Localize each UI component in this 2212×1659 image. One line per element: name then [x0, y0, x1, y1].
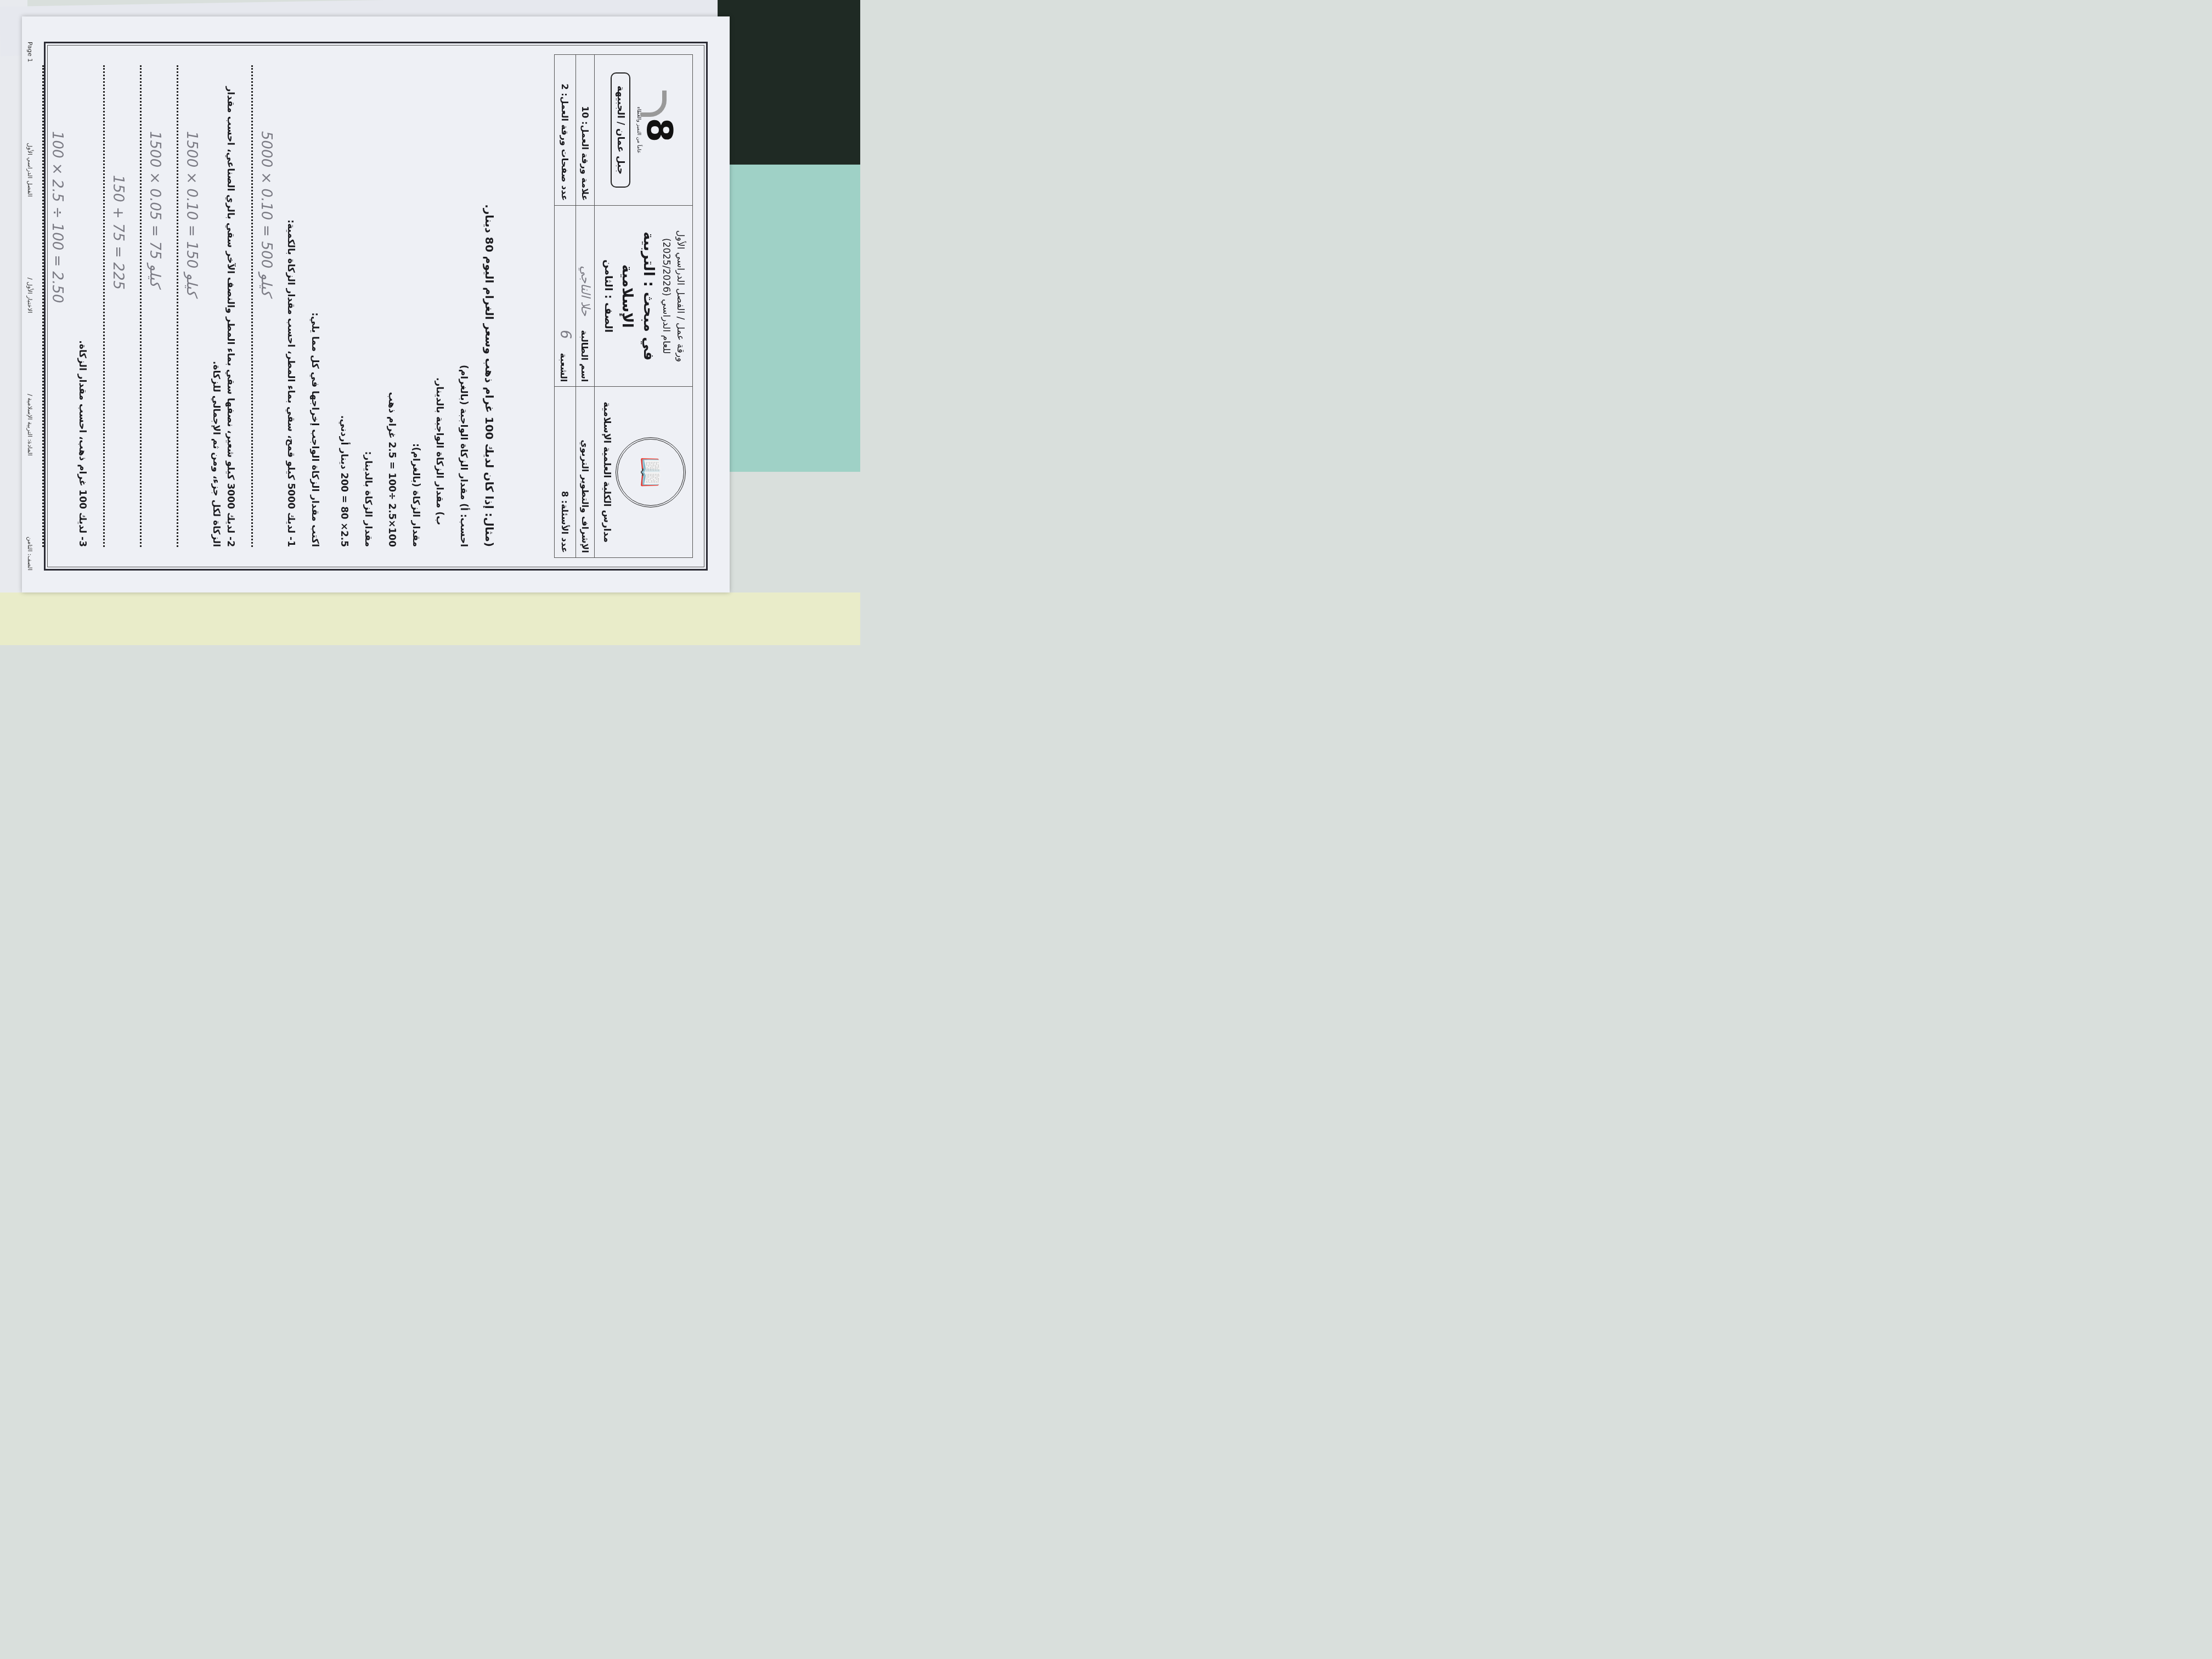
handwritten-answer: 100 × 2.5 ÷ 100 = 2.50 — [47, 131, 68, 303]
instruction: اكتب مقدار الزكاة الواجب إخراجها في كل م… — [308, 65, 322, 547]
subject-title: في مبحث : التربية الإسلامية — [616, 210, 659, 382]
header-table: 📖 مدارس الكلية العلمية الإسلامية ورقة عم… — [554, 54, 693, 558]
example-statement: (مثال: إذا كان لديك 100 غرام ذهب وسعر ال… — [481, 65, 498, 547]
section-label: الشعبة — [558, 353, 569, 382]
page-border: 📖 مدارس الكلية العلمية الإسلامية ورقة عم… — [44, 42, 708, 571]
student-name-label: اسم الطالبة — [579, 330, 590, 382]
example-task-b: ب) مقدار الزكاة الواجبة بالدينار. — [432, 65, 447, 547]
example-solution-a-formula: 100×2.5 ÷100 = 2.5 غرام ذهب — [385, 65, 399, 547]
question-3: 3- لديك 100 غرام ذهب، احسب مقدار الزكاة.… — [43, 65, 89, 547]
answer-line[interactable]: 1500 × 0.10 = 150 كيلو — [177, 65, 199, 547]
footer-page-number: Page 1 — [26, 42, 33, 62]
footer-exam: الاختبار الأول / — [26, 278, 33, 313]
answer-line[interactable]: 100 × 2.5 ÷ 100 = 2.50 — [43, 65, 65, 547]
handwritten-answer: 1500 × 0.10 = 150 كيلو — [180, 131, 202, 296]
year-line: للعام الدراسي (2025/2026) — [659, 210, 673, 382]
example-solution-b-formula: 2.5× 80 = 200 دينار أردني. — [337, 65, 351, 547]
student-name-value[interactable]: حلا الناجي — [578, 266, 592, 316]
handwritten-answer: 150 + 75 = 225 — [107, 175, 128, 290]
question-text: 2- لديك 3000 كيلو شعير، نصفها سقي بماء ا… — [209, 65, 237, 547]
section-value[interactable]: 6 — [557, 330, 573, 339]
school-emblem-icon: 📖 — [616, 437, 686, 507]
question-text: 1- لديك 5000 كيلو قمح، سقي بماء المطر، ا… — [284, 65, 298, 547]
supervision-label: الإشراف والتطوير التربوي — [576, 387, 595, 558]
example-task-a: احسب: أ) مقدار الزكاة الواجبة (بالغرام) — [456, 65, 471, 547]
question-2: 2- لديك 3000 كيلو شعير، نصفها سقي بماء ا… — [103, 65, 237, 547]
title-cell: ورقة عمل / الفصل الدراسي الأول للعام الد… — [595, 206, 693, 387]
worksheet-page: 📖 مدارس الكلية العلمية الإسلامية ورقة عم… — [22, 16, 730, 592]
example-solution-a-label: مقدار الزكاة (بالغرام): — [409, 65, 423, 547]
handwritten-answer: 1500 × 0.05 = 75 كيلو — [144, 131, 165, 287]
answer-line[interactable]: 5000 × 0.10 = 500 كيلو — [251, 65, 274, 547]
worksheet-content: (مثال: إذا كان لديك 100 غرام ذهب وسعر ال… — [29, 65, 498, 547]
question-text: 3- لديك 100 غرام ذهب، احسب مقدار الزكاة. — [75, 65, 89, 547]
section-row: الشعبة 6 — [555, 206, 576, 387]
worksheet-pages: عدد صفحات ورقة العمل: 2 — [555, 55, 576, 206]
footer-semester: الفصل الدراسي الأول — [26, 143, 33, 196]
school-name: مدارس الكلية العلمية الإسلامية — [601, 391, 612, 553]
footer-subject: المادة: التربية الإسلامية / — [26, 394, 33, 456]
anniversary-logo-icon: 8 — [641, 118, 676, 143]
handwritten-answer: 5000 × 0.10 = 500 كيلو — [255, 131, 276, 296]
question-1: 1- لديك 5000 كيلو قمح، سقي بماء المطر، ا… — [251, 65, 298, 547]
answer-line[interactable]: 1500 × 0.05 = 75 كيلو — [140, 65, 162, 547]
grade-line: الصف : الثامن — [600, 210, 616, 382]
footer-grade: الصف: الثامن — [26, 537, 33, 571]
student-name-row: اسم الطالبة حلا الناجي — [576, 206, 595, 387]
worksheet-line: ورقة عمل / الفصل الدراسي الأول — [673, 210, 687, 382]
worksheet-mark: علامة ورقة العمل: 10 — [576, 55, 595, 206]
anniversary-cell: 8 عاماً من التميز والعطاء جبل عمان / الج… — [595, 55, 693, 206]
worksheet-photo: 📖 مدارس الكلية العلمية الإسلامية ورقة عم… — [22, 16, 730, 603]
questions-count: عدد الأسئلة: 8 — [555, 387, 576, 558]
page-footer: الصف: الثامن المادة: التربية الإسلامية /… — [26, 42, 33, 571]
school-cell: 📖 مدارس الكلية العلمية الإسلامية — [595, 387, 693, 558]
answer-line[interactable]: 150 + 75 = 225 — [103, 65, 126, 547]
example-solution-b-label: مقدار الزكاة بالدينار: — [361, 65, 375, 547]
branch-label: جبل عمان / الجبيهة — [611, 72, 630, 188]
